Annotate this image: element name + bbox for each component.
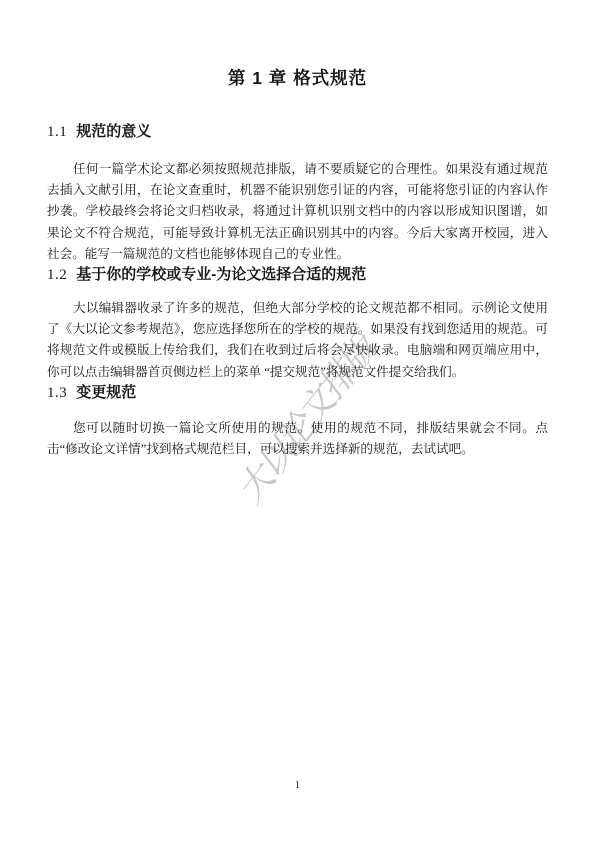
section-title: 变更规范 <box>76 384 136 401</box>
page-content: 第 1 章 格式规范 1.1规范的意义 任何一篇学术论文都必须按照规范排版，请不… <box>0 66 595 460</box>
section-1-3: 1.3变更规范 您可以随时切换一篇论文所使用的规范。使用的规范不同，排版结果就会… <box>47 383 548 460</box>
section-number: 1.1 <box>47 124 67 140</box>
section-1-1: 1.1规范的意义 任何一篇学术论文都必须按照规范排版，请不要质疑它的合理性。如果… <box>47 122 548 265</box>
section-heading: 1.2基于你的学校或专业-为论文选择合适的规范 <box>47 265 548 285</box>
section-title: 规范的意义 <box>76 123 151 140</box>
section-number: 1.2 <box>47 267 67 283</box>
section-title: 基于你的学校或专业-为论文选择合适的规范 <box>76 266 366 283</box>
section-paragraph: 任何一篇学术论文都必须按照规范排版，请不要质疑它的合理性。如果没有通过规范去插入… <box>47 159 548 265</box>
document-page: 大以论文排版 第 1 章 格式规范 1.1规范的意义 任何一篇学术论文都必须按照… <box>0 0 595 842</box>
page-number: 1 <box>0 779 595 791</box>
chapter-title: 第 1 章 格式规范 <box>47 66 548 90</box>
section-1-2: 1.2基于你的学校或专业-为论文选择合适的规范 大以编辑器收录了许多的规范，但绝… <box>47 265 548 383</box>
section-paragraph: 大以编辑器收录了许多的规范，但绝大部分学校的论文规范都不相同。示例论文使用了《大… <box>47 298 548 383</box>
section-heading: 1.3变更规范 <box>47 383 548 403</box>
section-number: 1.3 <box>47 385 67 401</box>
section-heading: 1.1规范的意义 <box>47 122 548 142</box>
section-paragraph: 您可以随时切换一篇论文所使用的规范。使用的规范不同，排版结果就会不同。点击“修改… <box>47 418 548 460</box>
